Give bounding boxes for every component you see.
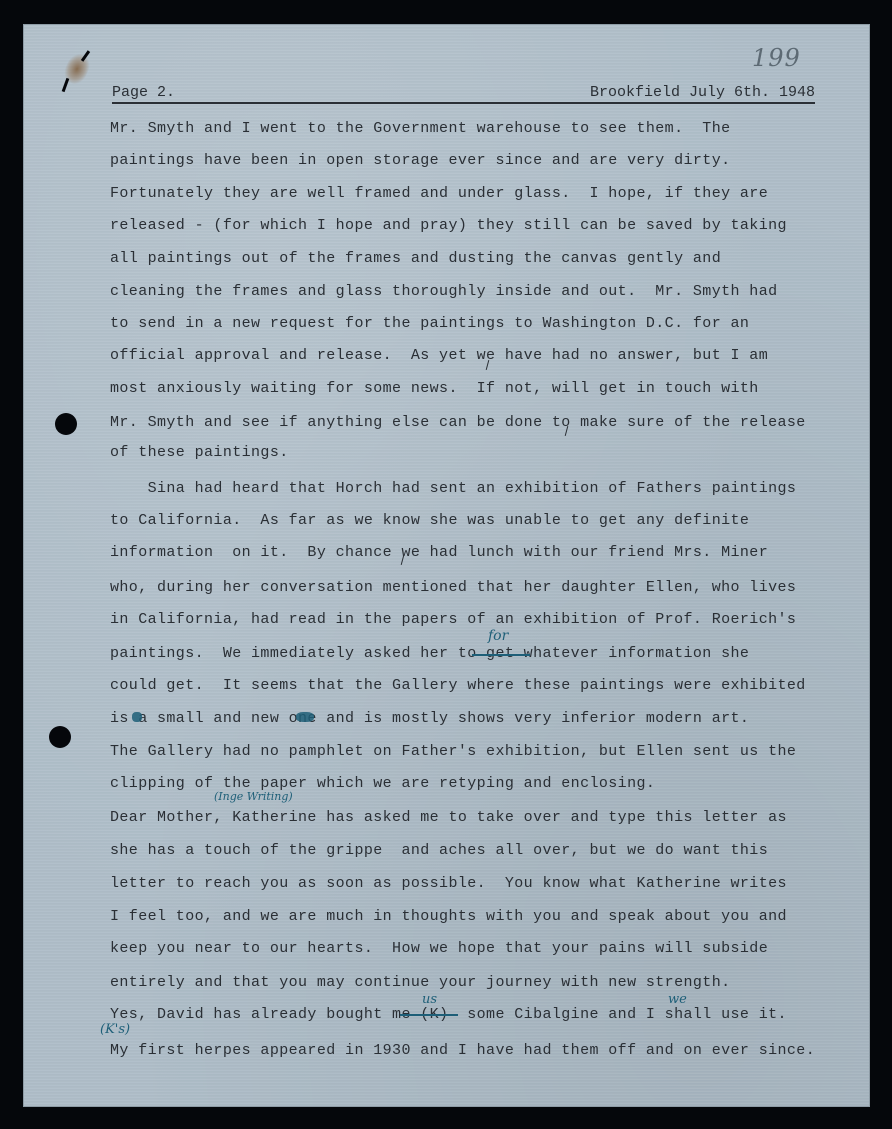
- place-date: Brookfield July 6th. 1948: [590, 84, 815, 101]
- text-line: paintings. We immediately asked her to g…: [110, 645, 749, 662]
- text-line: official approval and release. As yet we…: [110, 347, 768, 364]
- text-line: I feel too, and we are much in thoughts …: [110, 908, 787, 925]
- punch-hole-bottom: [49, 726, 71, 748]
- folio-number: 199: [752, 44, 801, 72]
- text-line: My first herpes appeared in 1930 and I h…: [110, 1042, 815, 1059]
- text-line: keep you near to our hearts. How we hope…: [110, 940, 768, 957]
- text-line: paintings have been in open storage ever…: [110, 152, 731, 169]
- handwritten-ks: (K's): [100, 1022, 130, 1037]
- text-line: released - (for which I hope and pray) t…: [110, 217, 787, 234]
- strikethrough-to-get: [472, 654, 530, 656]
- text-line: The Gallery had no pamphlet on Father's …: [110, 743, 796, 760]
- text-line: Mr. Smyth and see if anything else can b…: [110, 414, 806, 431]
- text-line: she has a touch of the grippe and aches …: [110, 842, 768, 859]
- text-line: Mr. Smyth and I went to the Government w…: [110, 120, 731, 137]
- text-line: could get. It seems that the Gallery whe…: [110, 677, 806, 694]
- text-line: of these paintings.: [110, 444, 289, 461]
- text-line: most anxiously waiting for some news. If…: [110, 380, 759, 397]
- text-line: is a small and new one and is mostly sho…: [110, 710, 749, 727]
- text-line: to California. As far as we know she was…: [110, 512, 749, 529]
- ink-blot: [296, 712, 314, 722]
- text-line: all paintings out of the frames and dust…: [110, 250, 721, 267]
- text-line: Dear Mother, Katherine has asked me to t…: [110, 809, 787, 826]
- text-line: entirely and that you may continue your …: [110, 974, 731, 991]
- handwritten-us: us: [422, 992, 437, 1007]
- text-line: to send in a new request for the paintin…: [110, 315, 749, 332]
- handwritten-for: for: [488, 628, 508, 644]
- page-header: Page 2. Brookfield July 6th. 1948: [112, 84, 815, 104]
- text-line: Sina had heard that Horch had sent an ex…: [110, 480, 796, 497]
- text-line: letter to reach you as soon as possible.…: [110, 875, 787, 892]
- punch-hole-top: [55, 413, 77, 435]
- page-label: Page 2.: [112, 84, 175, 101]
- handwritten-we: we: [668, 992, 687, 1007]
- text-line: information on it. By chance we had lunc…: [110, 544, 768, 561]
- text-line: clipping of the paper which we are retyp…: [110, 775, 655, 792]
- text-line: in California, had read in the papers of…: [110, 611, 796, 628]
- strikethrough-me-k: [400, 1014, 458, 1016]
- text-line: Fortunately they are well framed and und…: [110, 185, 768, 202]
- handwritten-inge-writing: (Inge Writing): [214, 790, 293, 803]
- text-line: cleaning the frames and glass thoroughly…: [110, 283, 778, 300]
- text-line: who, during her conversation mentioned t…: [110, 579, 796, 596]
- ink-blot: [132, 712, 142, 722]
